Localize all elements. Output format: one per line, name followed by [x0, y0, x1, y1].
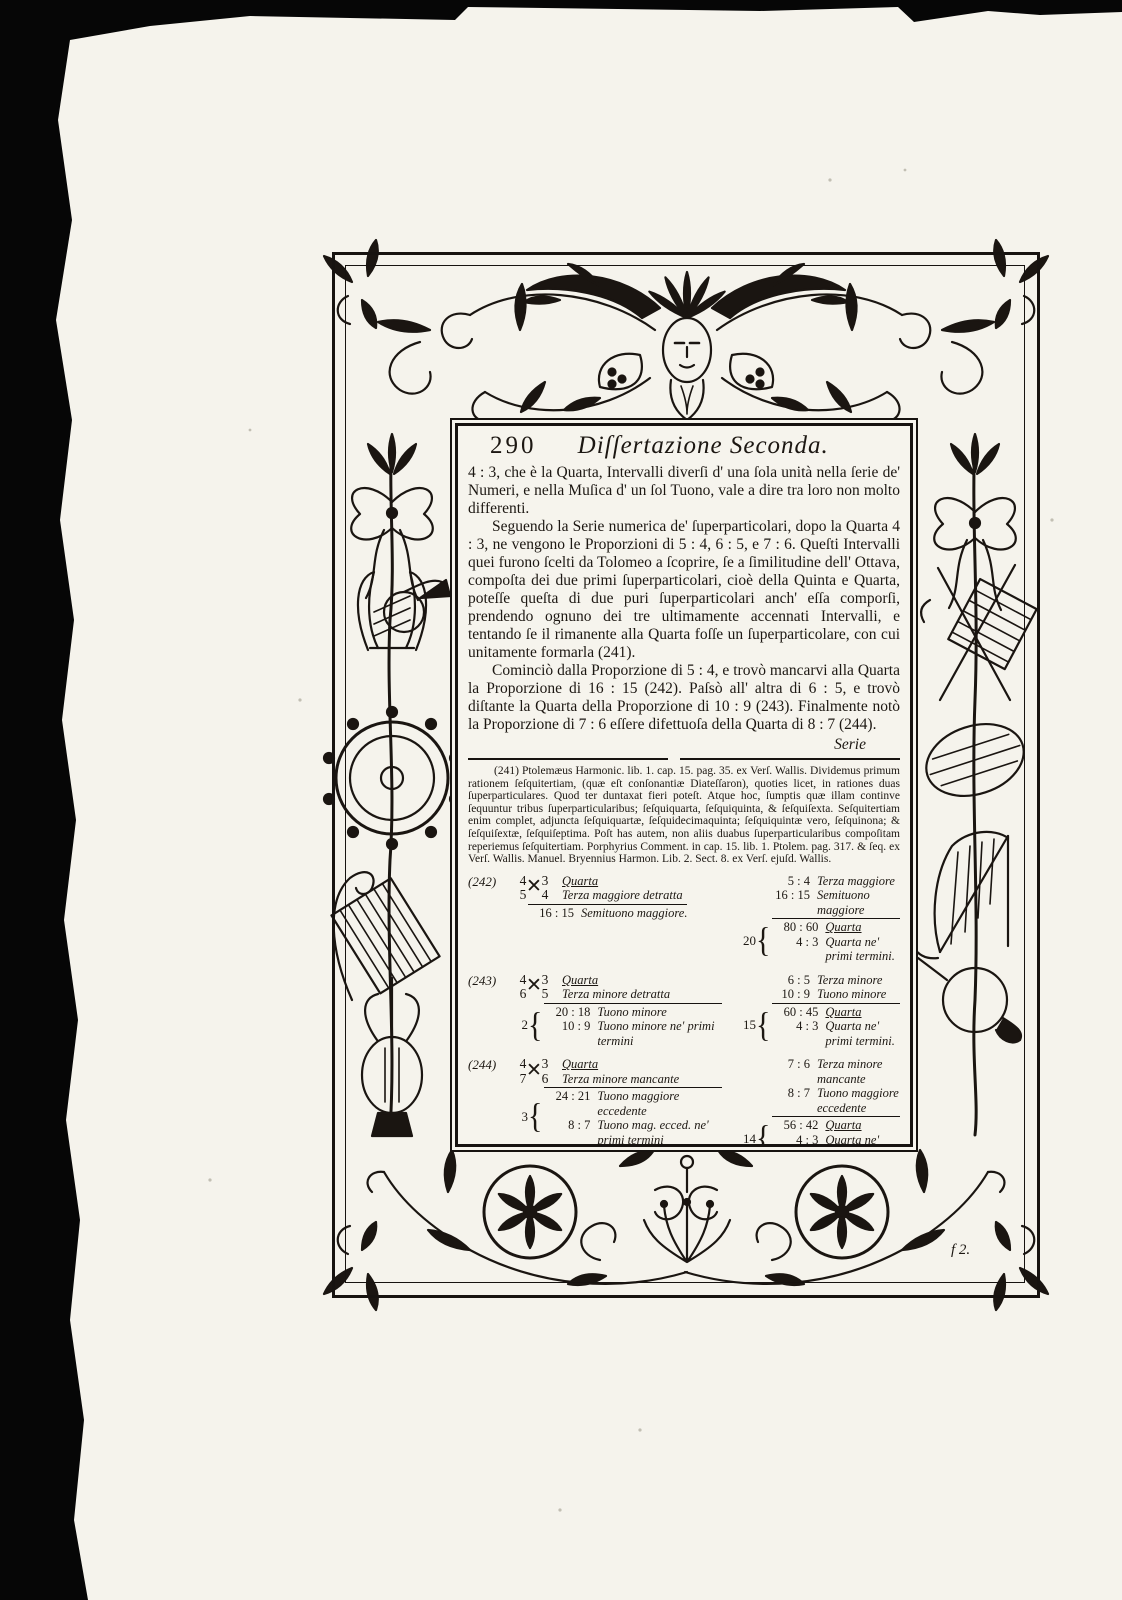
brace-icon: [528, 1013, 542, 1039]
divider-segment: [468, 758, 668, 760]
table-row: 10 : 9 Tuono minore ne' primi termini: [544, 1019, 722, 1048]
table-row: 80 : 60 Quarta: [772, 920, 900, 935]
table-right-column: 5 : 4 Terza maggiore 16 : 15 Semituono m…: [740, 874, 900, 964]
divider-segment: [680, 758, 900, 760]
cross-multiplication: 43 65: [512, 973, 556, 1002]
signature-mark: f 2.: [951, 1242, 970, 1259]
table-label: (244): [468, 1057, 512, 1147]
brace-icon: [756, 928, 770, 954]
running-title: Diſſertazione Seconda.: [537, 432, 901, 460]
text-panel-inner: 290 Diſſertazione Seconda. 4 : 3, che è …: [455, 423, 913, 1147]
table-row: 4 : 3 Quarta ne' primi termini.: [772, 1019, 900, 1048]
table-row: 6 : 5 Terza minore: [764, 973, 900, 988]
table-row: 20 : 18 Tuono minore: [544, 1005, 722, 1020]
body-paragraph-3: Cominciò dalla Proporzione di 5 : 4, e t…: [468, 662, 900, 734]
table-left-column: 43 65 Quarta Terza minore detratta 2: [512, 973, 740, 1049]
page-number: 290: [490, 432, 537, 460]
table-row: 4 : 3 Quarta ne' primi termini.: [772, 1133, 900, 1147]
cross-multiplication: 43 76: [512, 1057, 556, 1086]
multiplication-cross-icon: [526, 979, 542, 994]
body-paragraph-1: 4 : 3, che è la Quarta, Intervalli diver…: [468, 464, 900, 518]
table-row: 56 : 42 Quarta: [772, 1118, 900, 1133]
table-label: (243): [468, 973, 512, 1049]
brace-icon: [756, 1013, 770, 1039]
table-label: (242): [468, 874, 512, 964]
table-row: 16 : 15 Semituono maggiore.: [528, 906, 687, 921]
text-panel: 290 Diſſertazione Seconda. 4 : 3, che è …: [450, 418, 918, 1152]
table-row: 16 : 15 Semituono maggiore: [764, 888, 900, 917]
footnote-divider: [468, 758, 900, 760]
table-right-column: 6 : 5 Terza minore 10 : 9 Tuono minore 1…: [740, 973, 900, 1049]
body-paragraph-2: Seguendo la Serie numerica de' ſuperpart…: [468, 518, 900, 662]
cross-multiplication: 43 54: [512, 874, 556, 903]
table-row: 24 : 21 Tuono maggiore eccedente: [544, 1089, 722, 1118]
footnote-241: (241) Ptolemæus Harmonic. lib. 1. cap. 1…: [468, 765, 900, 866]
page-header: 290 Diſſertazione Seconda.: [468, 432, 900, 460]
table-right-column: 7 : 6 Terza minore mancante 8 : 7 Tuono …: [740, 1057, 900, 1147]
table-row: 4 : 3 Quarta ne' primi termini.: [772, 935, 900, 964]
ratio-table-242: (242) 43 54 Quarta Terza maggiore detrat…: [468, 874, 900, 964]
ratio-table-243: (243) 43 65 Quarta Terza minore detratta: [468, 973, 900, 1049]
table-row: 8 : 7 Tuono maggiore eccedente: [764, 1086, 900, 1115]
brace-icon: [756, 1126, 770, 1147]
table-row: 7 : 6 Terza minore mancante: [764, 1057, 900, 1086]
table-row: 5 : 4 Terza maggiore: [764, 874, 900, 889]
table-left-column: 43 76 Quarta Terza minore mancante 3: [512, 1057, 740, 1147]
scanned-book-page: 290 Diſſertazione Seconda. 4 : 3, che è …: [0, 0, 1122, 1600]
table-row: 10 : 9 Tuono minore: [764, 987, 900, 1002]
multiplication-cross-icon: [526, 1064, 542, 1079]
table-left-column: 43 54 Quarta Terza maggiore detratta 1: [512, 874, 740, 964]
table-row: 8 : 7 Tuono mag. ecced. ne' primi termin…: [544, 1118, 722, 1147]
brace-icon: [528, 1104, 542, 1130]
multiplication-cross-icon: [526, 880, 542, 895]
catchword: Serie: [468, 736, 900, 754]
table-row: 60 : 45 Quarta: [772, 1005, 900, 1020]
ratio-table-244: (244) 43 76 Quarta Terza minore mancante: [468, 1057, 900, 1147]
